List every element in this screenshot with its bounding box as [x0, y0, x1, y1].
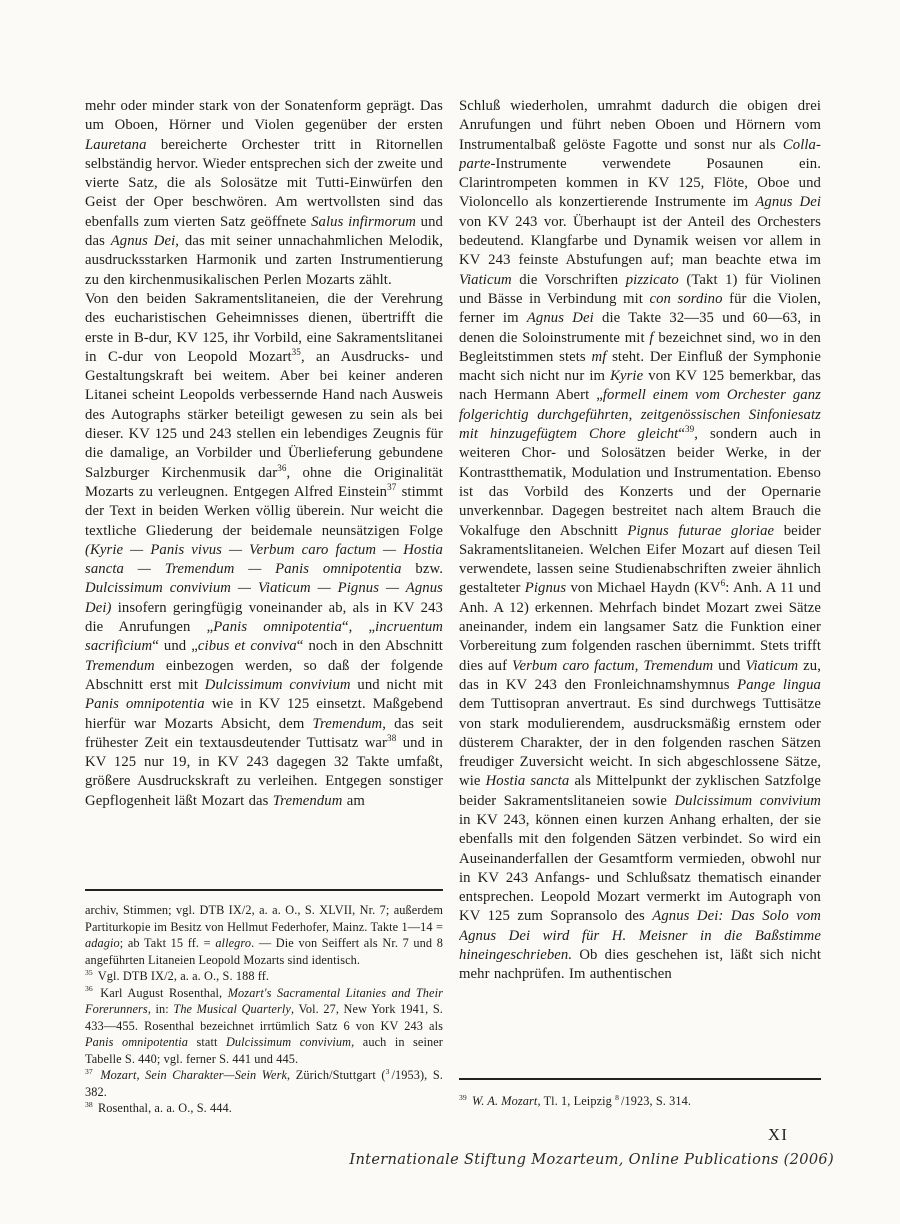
footnote-38: 38 Rosenthal, a. a. O., S. 444. — [85, 1100, 443, 1117]
footnote-35: 35 Vgl. DTB IX/2, a. a. O., S. 188 ff. — [85, 968, 443, 985]
left-column: mehr oder minder stark von der Sonatenfo… — [85, 97, 443, 889]
right-column: Schluß wiederholen, umrahmt dadurch die … — [459, 97, 821, 1077]
footer-credit: Internationale Stiftung Mozarteum, Onlin… — [349, 1151, 834, 1168]
body-paragraph-2: Von den beiden Sakramentslitaneien, die … — [85, 290, 443, 811]
left-footnotes: archiv, Stimmen; vgl. DTB IX/2, a. a. O.… — [85, 889, 443, 1117]
footnote-36: 36 Karl August Rosenthal, Mozart's Sacra… — [85, 985, 443, 1068]
footnote-37: 37 Mozart, Sein Charakter—Sein Werk, Zür… — [85, 1067, 443, 1100]
page-number: XI — [768, 1125, 788, 1145]
footnote-continuation: archiv, Stimmen; vgl. DTB IX/2, a. a. O.… — [85, 902, 443, 968]
right-footnotes: 39 W. A. Mozart, Tl. 1, Leipzig 8/1923, … — [459, 1078, 821, 1110]
footnote-39: 39 W. A. Mozart, Tl. 1, Leipzig 8/1923, … — [459, 1093, 821, 1110]
body-paragraph-3: Schluß wiederholen, umrahmt dadurch die … — [459, 97, 821, 985]
body-paragraph-1: mehr oder minder stark von der Sonatenfo… — [85, 97, 443, 290]
book-page: mehr oder minder stark von der Sonatenfo… — [0, 0, 900, 1224]
